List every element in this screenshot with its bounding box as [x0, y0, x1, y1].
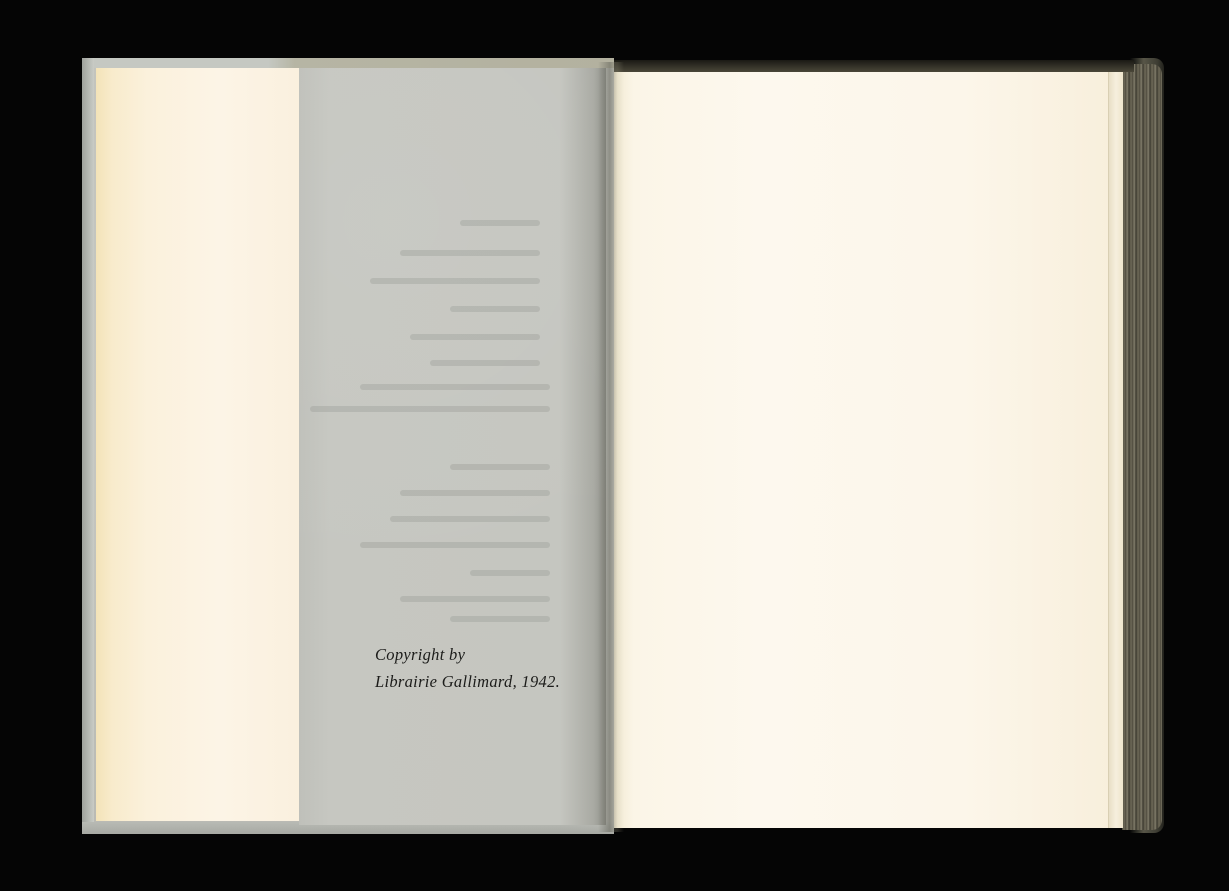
copyright-line-1: Copyright by [375, 641, 560, 668]
show-through-text [340, 210, 600, 630]
book-scan: Copyright by Librairie Gallimard, 1942. [0, 0, 1229, 891]
right-page-edge-strip [1108, 72, 1123, 828]
copyright-line-2: Librairie Gallimard, 1942. [375, 668, 560, 695]
right-blank-page [614, 72, 1110, 828]
copyright-notice: Copyright by Librairie Gallimard, 1942. [375, 641, 560, 695]
cover-top-edge [82, 58, 614, 68]
cover-left-edge [82, 58, 94, 834]
page-block-edges [1122, 64, 1162, 830]
left-endpaper [96, 68, 302, 821]
right-page-top-shadow [614, 60, 1134, 72]
book-gutter [598, 62, 624, 832]
